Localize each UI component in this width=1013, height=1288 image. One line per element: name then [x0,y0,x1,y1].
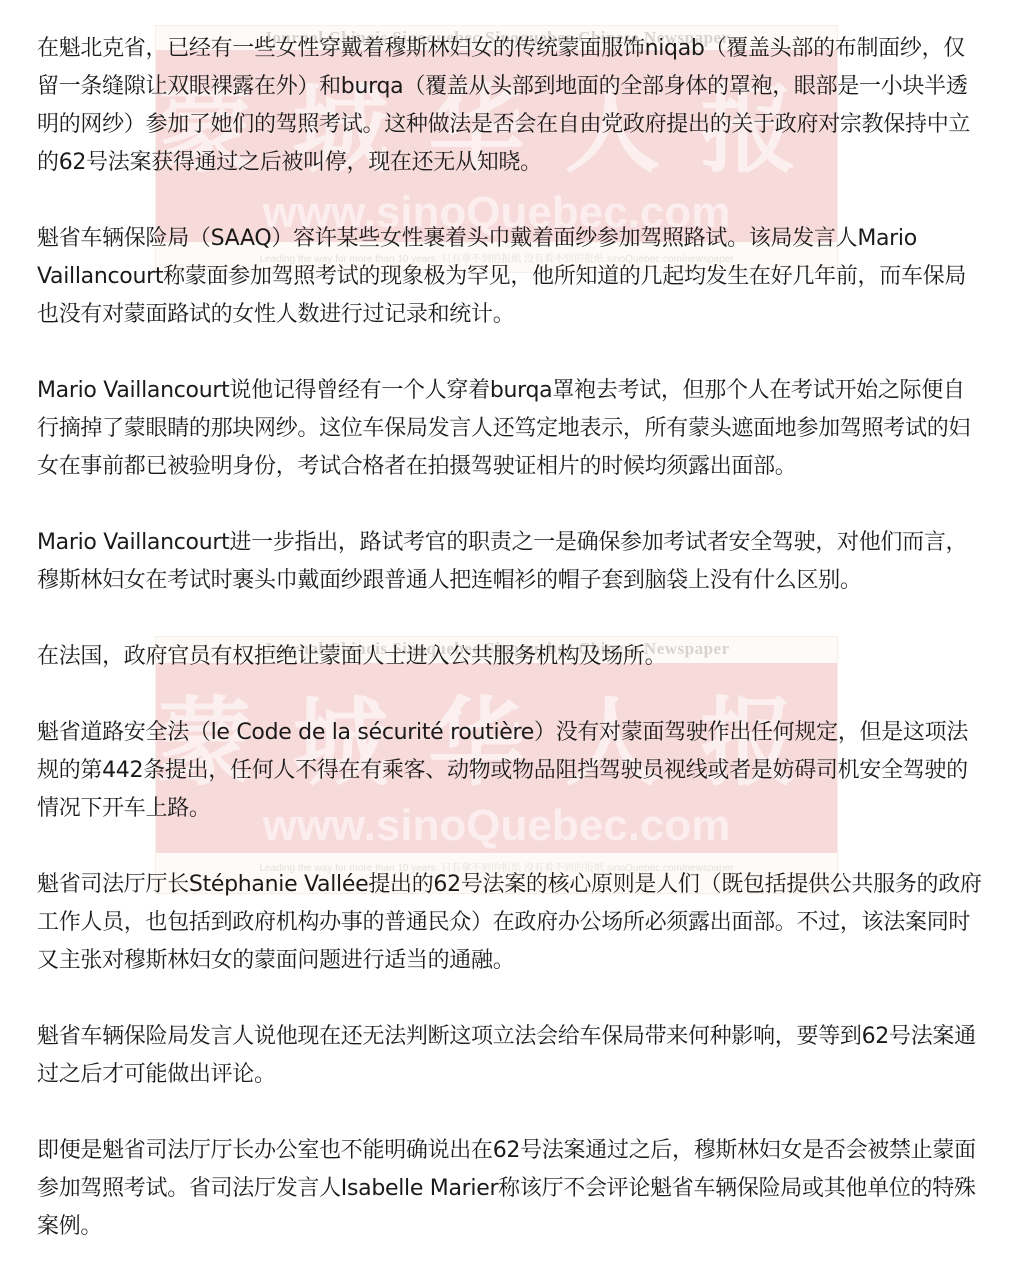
article-body: 在魁北克省，已经有一些女性穿戴着穆斯林妇女的传统蒙面服饰niqab（覆盖头部的布… [37,30,982,1246]
paragraph-4: Mario Vaillancourt进一步指出，路试考官的职责之一是确保参加考试… [37,524,982,600]
paragraph-7: 魁省司法厅厅长Stéphanie Vallée提出的62号法案的核心原则是人们（… [37,866,982,980]
paragraph-3: Mario Vaillancourt说他记得曾经有一个人穿着burqa罩袍去考试… [37,372,982,486]
paragraph-1: 在魁北克省，已经有一些女性穿戴着穆斯林妇女的传统蒙面服饰niqab（覆盖头部的布… [37,30,982,182]
paragraph-2: 魁省车辆保险局（SAAQ）容许某些女性裹着头巾戴着面纱参加驾照路试。该局发言人M… [37,220,982,334]
paragraph-9: 即便是魁省司法厅厅长办公室也不能明确说出在62号法案通过之后，穆斯林妇女是否会被… [37,1132,982,1246]
paragraph-5: 在法国，政府官员有权拒绝让蒙面人士进入公共服务机构及场所。 [37,638,982,676]
paragraph-6: 魁省道路安全法（le Code de la sécurité routière）… [37,714,982,828]
paragraph-8: 魁省车辆保险局发言人说他现在还无法判断这项立法会给车保局带来何种影响，要等到62… [37,1018,982,1094]
